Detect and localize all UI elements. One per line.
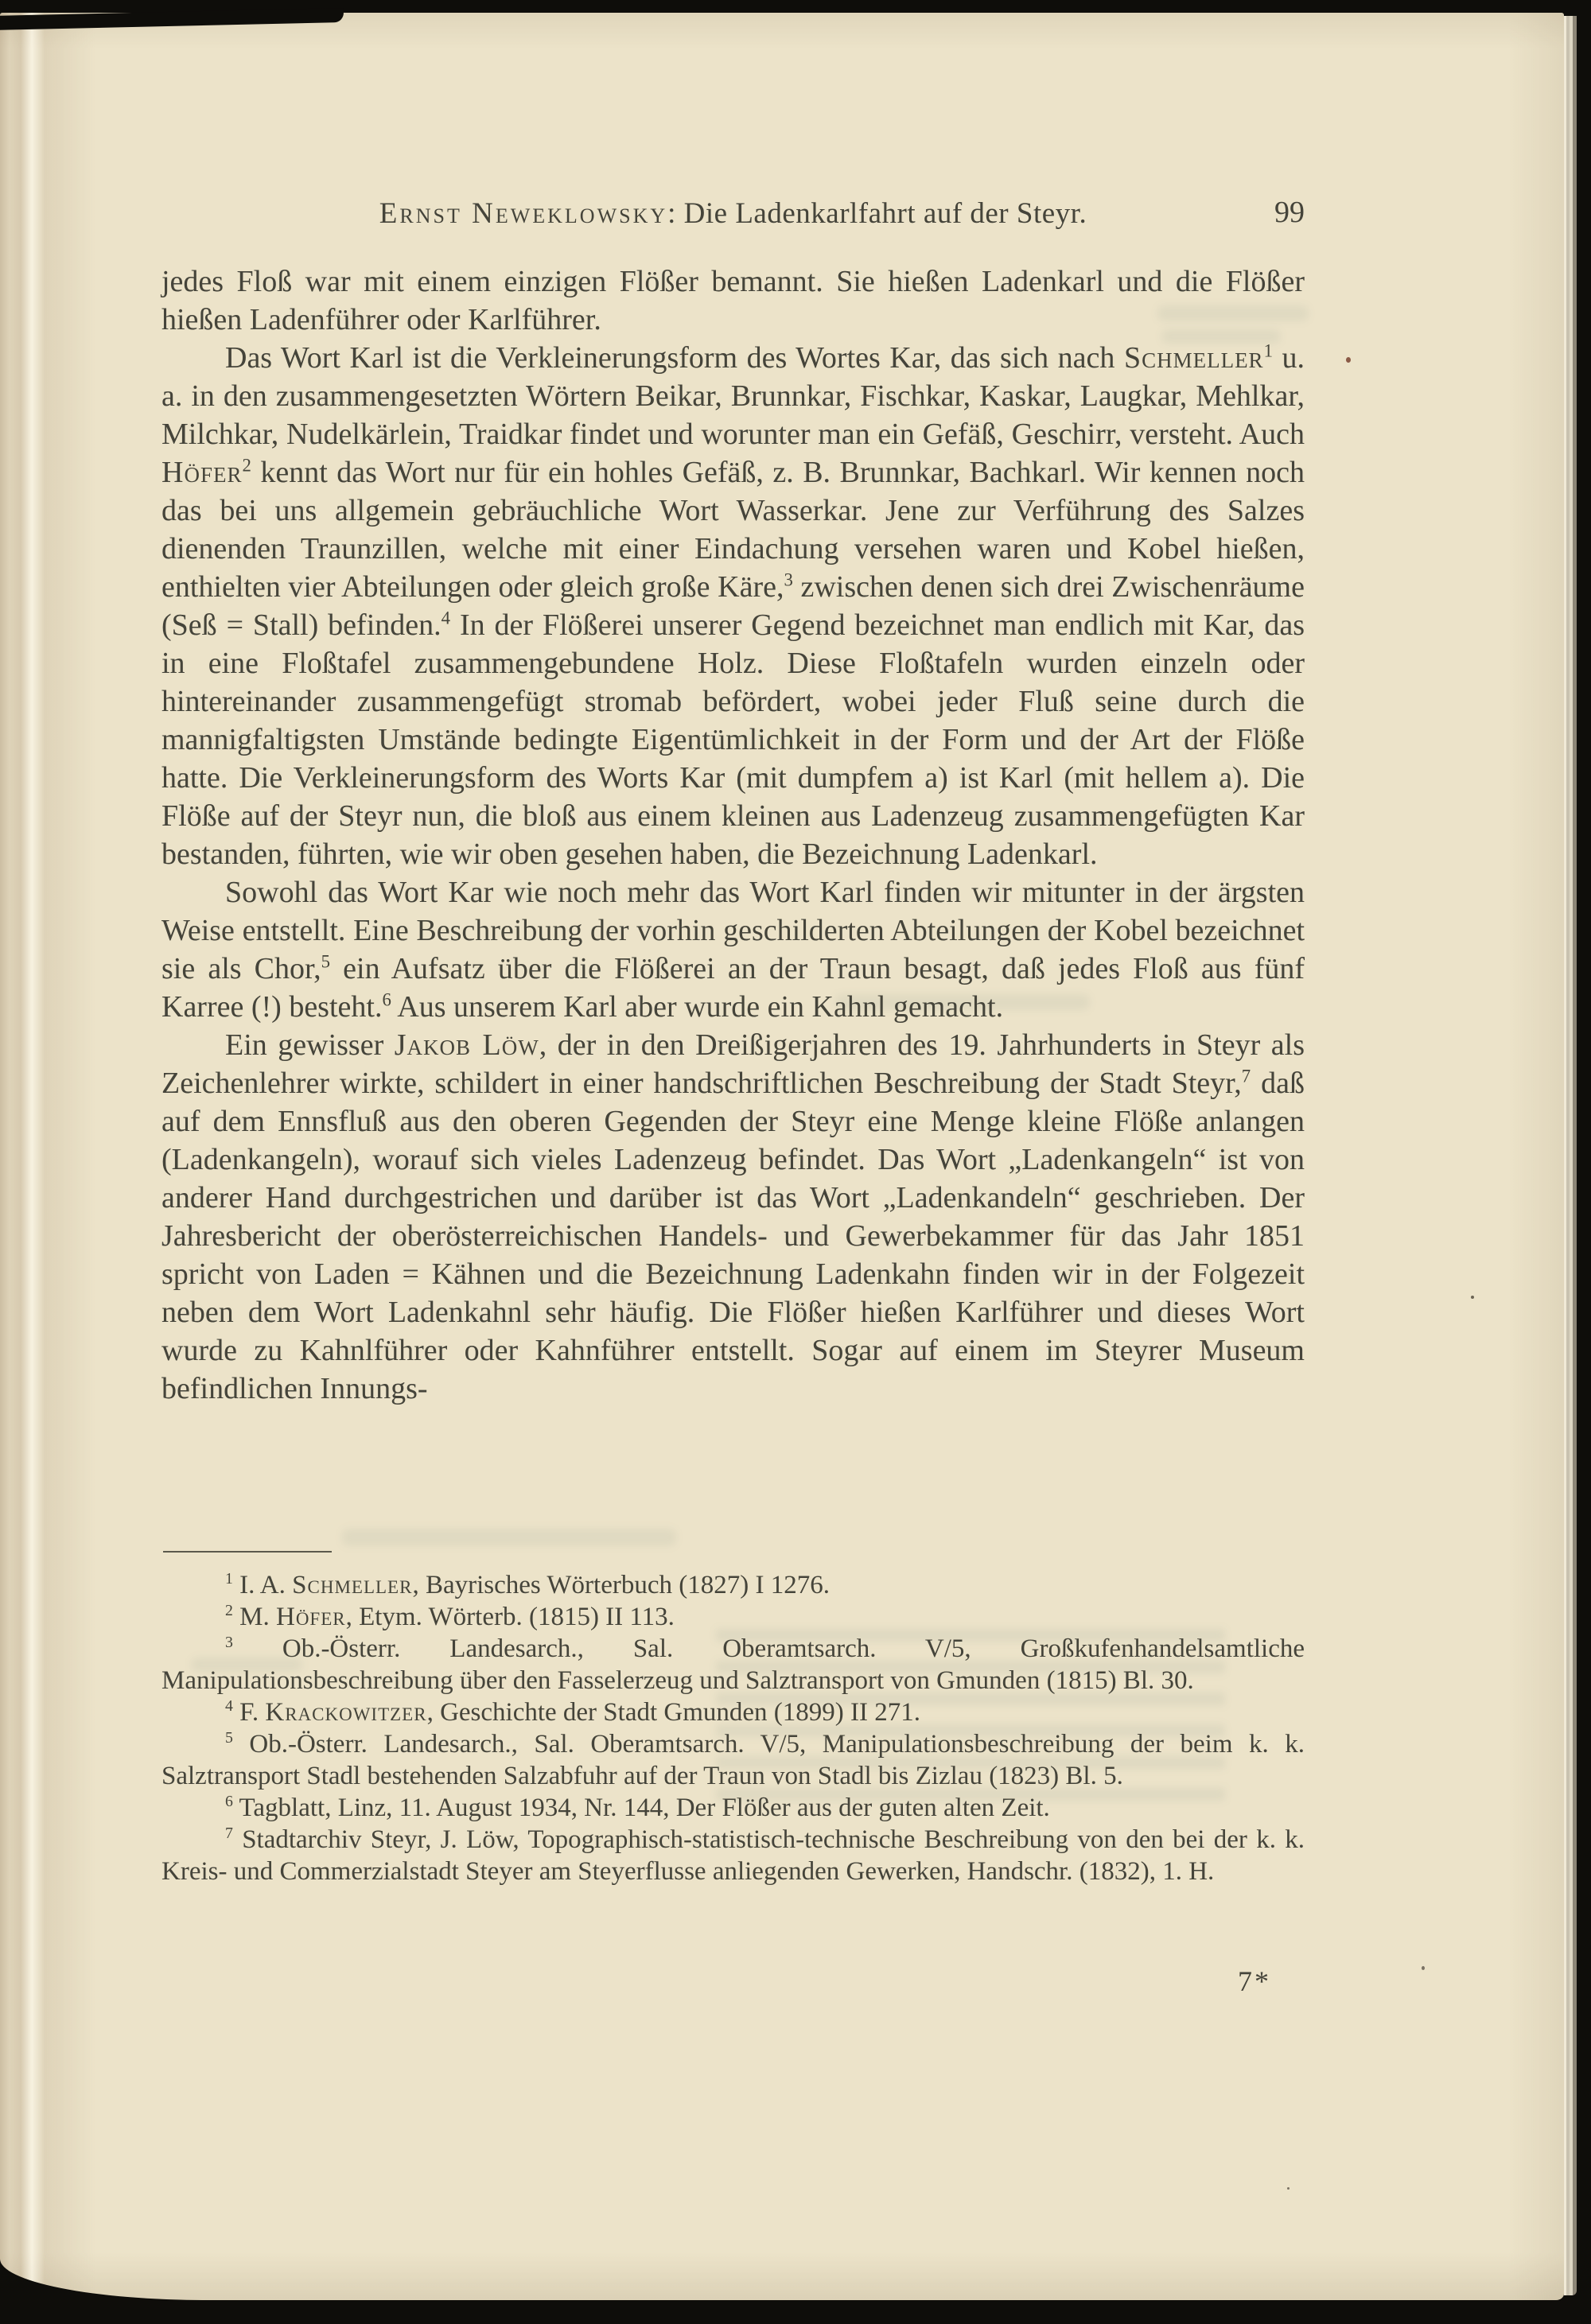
ink-speck: [1346, 357, 1351, 363]
footnote: 2 M. Höfer, Etym. Wörterb. (1815) II 113…: [161, 1601, 1305, 1633]
footnote: 1 I. A. Schmeller, Bayrisches Wörterbuch…: [161, 1569, 1305, 1601]
dust-speck: [1422, 1966, 1425, 1970]
paragraph: Ein gewisser Jakob Löw, der in den Dreiß…: [161, 1026, 1305, 1408]
footnote: 6 Tagblatt, Linz, 11. August 1934, Nr. 1…: [161, 1792, 1305, 1824]
running-header: Ernst Neweklowsky: Die Ladenkarlfahrt au…: [161, 196, 1305, 233]
scanned-book-page: Ernst Neweklowsky: Die Ladenkarlfahrt au…: [0, 0, 1591, 2324]
dust-speck: [1287, 2187, 1290, 2190]
footnote: 7 Stadtarchiv Steyr, J. Löw, Topographis…: [161, 1824, 1305, 1887]
paragraph: Sowohl das Wort Kar wie noch mehr das Wo…: [161, 873, 1305, 1026]
footnote: 3 Ob.-Österr. Landesarch., Sal. Oberamts…: [161, 1633, 1305, 1696]
footnote: 5 Ob.-Österr. Landesarch., Sal. Oberamts…: [161, 1728, 1305, 1792]
footnotes: 1 I. A. Schmeller, Bayrisches Wörterbuch…: [161, 1569, 1305, 1887]
dust-speck: [1471, 1296, 1474, 1299]
page-number: 99: [1274, 195, 1305, 230]
paragraph: jedes Floß war mit einem einzigen Flößer…: [161, 262, 1305, 339]
book-fore-edge: [1564, 16, 1577, 2295]
footnote-separator-rule: [163, 1551, 332, 1553]
body-text: jedes Floß war mit einem einzigen Flößer…: [161, 262, 1305, 1408]
header-title: Ernst Neweklowsky: Die Ladenkarlfahrt au…: [161, 196, 1305, 231]
paragraph: Das Wort Karl ist die Verkleinerungsform…: [161, 339, 1305, 873]
signature-mark: 7*: [1238, 1965, 1271, 1998]
footnote: 4 F. Krackowitzer, Geschichte der Stadt …: [161, 1696, 1305, 1728]
